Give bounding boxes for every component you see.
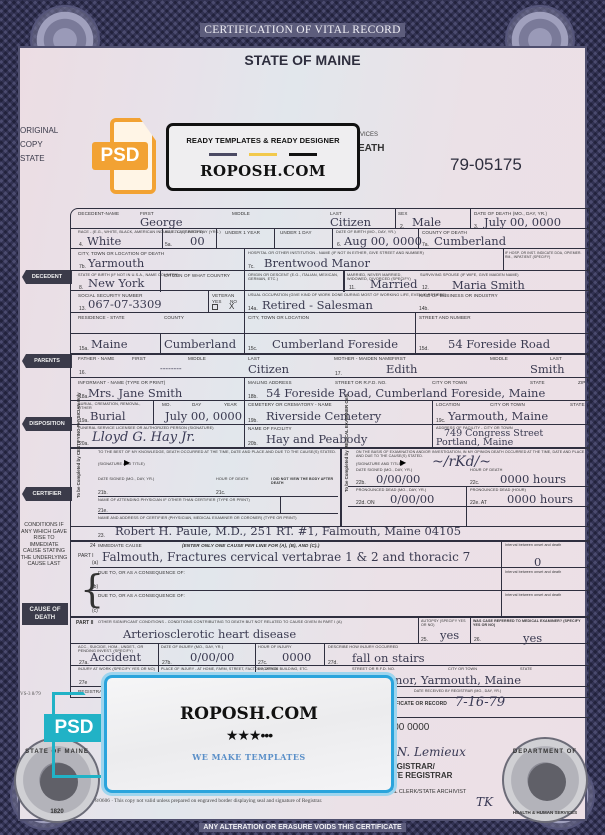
label-injury-at-work: INJURY AT WORK (Specify Yes or No) [78, 667, 155, 671]
label-origin: ORIGIN OR DESCENT (e.g., Italian, Mexica… [248, 273, 340, 281]
label-interval-a: Interval between onset and death [505, 543, 561, 547]
label-loc-city: CITY OR TOWN [448, 667, 477, 671]
immediate-cause: Falmouth, Fractures cervical vertabrae 1… [102, 550, 470, 564]
label-date-received: DATE RECEIVED BY REGISTRAR (Mo., Day, Yr… [414, 689, 501, 693]
label-disp-year: YEAR [224, 402, 237, 407]
funeral-director-signature: Lloyd G. Hay Jr. [92, 430, 195, 445]
other-conditions: Arteriosclerotic heart disease [123, 627, 296, 641]
injury-hour: 0000 [282, 650, 311, 664]
examiner-date-signed: 0/00/00 [376, 472, 420, 486]
certificate-number: 79-05175 [450, 155, 522, 175]
autopsy-value: yes [440, 628, 459, 642]
watermark-banner-bottom: ROPOSH.COM ★★★••• WE MAKE TEMPLATES [104, 675, 394, 793]
label-informant-state: STATE [530, 380, 545, 385]
label-disp-day: DAY [192, 402, 201, 407]
alteration-warning: ANY ALTERATION OR ERASURE VOIDS THIS CER… [0, 824, 605, 831]
label-referred-examiner: WAS CASE REFERRED TO MEDICAL EXAMINER? (… [473, 619, 588, 627]
date-of-birth: Aug 00, 0000 [344, 234, 422, 248]
label-father-first: FIRST [132, 356, 146, 361]
decedent-race: White [87, 234, 121, 248]
label-interval-c: Interval between onset and death [505, 593, 561, 597]
label-sex: SEX [398, 211, 408, 216]
dept-health-human-services-seal-icon: DEPARTMENT OF HEALTH & HUMAN SERVICES [502, 737, 588, 823]
mother-last-name: Smith [530, 362, 565, 376]
label-facility: NAME OF FACILITY [248, 426, 292, 431]
label-occupation: USUAL OCCUPATION (Give kind of work done… [248, 293, 447, 297]
label-part2: PART II [76, 620, 93, 626]
label-hospital: HOSPITAL OR OTHER INSTITUTION - Name (if… [248, 251, 424, 255]
tab-certifier: CERTIFIER [22, 487, 72, 501]
conditions-note: CONDITIONS IF ANY WHICH GAVE RISE TO IMM… [20, 522, 68, 568]
psd-file-icon: PSD [92, 116, 160, 196]
label-signature-title: (Signature and Title) [98, 462, 145, 466]
facility-address-line2: Portland, Maine [436, 437, 513, 448]
death-partial: EATH [358, 143, 384, 154]
date-of-death: July 00, 0000 [484, 215, 561, 229]
label-veteran: VETERAN [212, 293, 234, 298]
injury-description: fall on stairs [352, 651, 425, 665]
label-county: COUNTY [164, 315, 184, 320]
hospital-name: Brentwood Manor [264, 256, 370, 270]
label-date-signed: DATE SIGNED (Mo., Day, Yr.) [98, 477, 154, 481]
label-injury-date: DATE OF INJURY (Mo., Day, Yr.) [161, 645, 223, 649]
residence-county: Cumberland [164, 337, 236, 351]
pronounced-date: 0/00/00 [390, 492, 434, 506]
label-did-not-view: I DID NOT VIEW THE BODY AFTER DEATH [271, 477, 337, 485]
residence-street: 54 Foreside Road [448, 337, 550, 351]
father-last-name: Citizen [248, 362, 289, 376]
marital-status: Married [370, 277, 417, 291]
residence-city: Cumberland Foreside [272, 337, 398, 351]
veteran-no-checkbox[interactable]: X [229, 302, 234, 311]
label-mother-first: FIRST [392, 356, 406, 361]
informant-address: 54 Foreside Road, Cumberland Foreside, M… [266, 386, 545, 400]
rating-stars-icon: ★★★••• [107, 727, 391, 744]
birth-state: New York [88, 276, 144, 290]
physician-only-note: To be Completed by CERTIFYING PHYSICIAN … [76, 392, 81, 498]
decedent-sex: Male [412, 215, 441, 229]
facility-name: Hay and Peabody [266, 432, 367, 446]
label-middle: MIDDLE [232, 211, 250, 216]
manner-of-death: Accident [90, 650, 141, 664]
informant-name: Mrs. Jane Smith [88, 386, 182, 400]
label-informant-city: CITY OR TOWN [432, 380, 467, 385]
label-hour-of-death: HOUR OF DEATH [216, 477, 248, 481]
label-location: LOCATION [436, 402, 460, 407]
label-mailing-address: MAILING ADDRESS [248, 380, 292, 385]
physician-statement: To the best of my knowledge, death occur… [98, 450, 336, 454]
watermark-banner-top: READY TEMPLATES & READY DESIGNER ROPOSH.… [166, 123, 360, 191]
arrow-right-icon: ▶ [124, 458, 130, 467]
cause-instruction: (ENTER ONLY ONE CAUSE PER LINE FOR (a), … [182, 543, 320, 548]
pronounced-hour: 0000 hours [507, 492, 573, 506]
interval-a: 0 [534, 555, 541, 569]
mother-first-name: Edith [386, 362, 417, 376]
state-title: STATE OF MAINE [0, 52, 605, 68]
surviving-spouse: Maria Smith [452, 278, 525, 292]
label-street: STREET AND NUMBER [419, 315, 471, 320]
copy-labels: ORIGINAL COPY STATE [20, 124, 58, 166]
arrow-right-icon: ▶ [400, 458, 406, 467]
label-under-1-year: UNDER 1 YEAR [225, 230, 260, 235]
label-loc-street: STREET OR R.F.D. No. [352, 667, 395, 671]
label-decedent-name: DECEDENT-NAME [78, 211, 119, 216]
label-examiner-signature: (Signature and Title) [356, 462, 403, 466]
label-informant: INFORMANT - NAME (Type or Print) [78, 380, 165, 385]
label-interval-b: Interval between onset and death [505, 570, 561, 574]
certification-title: CERTIFICATION OF VITAL RECORD [0, 24, 605, 36]
social-security-number: 067-07-3309 [88, 297, 162, 311]
tab-cause-of-death: CAUSE OF DEATH [22, 603, 68, 625]
tab-parents: PARENTS [22, 354, 72, 368]
cemetery-name: Riverside Cemetery [266, 409, 381, 423]
referred-value: yes [523, 631, 542, 645]
label-autopsy: AUTOPSY (Specify Yes or No) [421, 619, 469, 627]
decedent-first-name: George [140, 215, 183, 229]
label-city: CITY, TOWN OR LOCATION [248, 315, 309, 320]
label-doa: IF HOSP. OR INST. Indicate DOA, OP/Emer.… [505, 251, 589, 259]
label-injury-location: LOCATION [258, 667, 278, 671]
label-immediate-cause: IMMEDIATE CAUSE [98, 543, 142, 548]
date-received-handwritten: 7-16-79 [455, 695, 505, 710]
residence-state: Maine [91, 337, 128, 351]
examiner-hour-of-death: 0000 hours [500, 472, 566, 486]
cemetery-location: Yarmouth, Maine [448, 409, 548, 423]
label-due-to-b: DUE TO, OR AS A CONSEQUENCE OF: [98, 570, 185, 575]
injury-location: nor, Yarmouth, Maine [395, 673, 521, 687]
tab-disposition: DISPOSITION [22, 417, 72, 431]
psd-file-icon-teal: PSD [48, 690, 106, 780]
label-under-1-day: UNDER 1 DAY [280, 230, 312, 235]
label-mother-last: LAST [550, 356, 562, 361]
label-informant-street: STREET OR R.F.D. NO. [335, 380, 387, 385]
label-business: KIND OF BUSINESS OR INDUSTRY [419, 293, 498, 298]
label-loc-state: STATE [520, 667, 532, 671]
injury-date: 0/00/00 [190, 650, 234, 664]
brace-icon: { [80, 570, 104, 608]
label-citizen-of: CITIZEN OF WHAT COUNTRY [164, 273, 230, 278]
label-disp-month: MO. [162, 402, 171, 407]
occupation: Retired - Salesman [262, 298, 373, 312]
label-part1: PART I [78, 553, 94, 559]
label-cemetery: CEMETERY OR CREMATORY - NAME [248, 402, 332, 407]
label-attending-physician: NAME OF ATTENDING PHYSICIAN IF OTHER THA… [98, 498, 250, 502]
certifier-name-address: Robert H. Paule, M.D., 251 RT. #1, Falmo… [115, 524, 461, 538]
label-residence-state: RESIDENCE - STATE [78, 315, 125, 320]
label-location-city: CITY OR TOWN [490, 402, 525, 407]
services-partial: VICES [360, 132, 378, 138]
form-code: VS-3 8/79 [20, 692, 41, 697]
label-examiner-hour: HOUR OF DEATH [470, 468, 502, 472]
label-certifier: NAME AND ADDRESS OF CERTIFIER (PHYSICIAN… [98, 516, 297, 520]
label-informant-zip: ZIP [578, 380, 585, 385]
decedent-last-name: Citizen [330, 215, 371, 229]
veteran-yes-checkbox[interactable] [212, 304, 218, 310]
label-place-of-injury: PLACE OF INJURY - At home, farm, street,… [161, 667, 308, 671]
label-father-last: LAST [248, 356, 260, 361]
label-injury-description: DESCRIBE HOW INJURY OCCURRED [328, 645, 398, 649]
label-mother-middle: MIDDLE [490, 356, 508, 361]
label-injury-hour: HOUR OF INJURY [258, 645, 292, 649]
label-father: FATHER - NAME [78, 356, 114, 361]
label-due-to-c: DUE TO, OR AS A CONSEQUENCE OF: [98, 593, 185, 598]
examiner-only-note: To be Completed by MEDICAL EXAMINER Only [344, 394, 349, 492]
label-spouse: SURVIVING SPOUSE (If wife, give maiden n… [420, 273, 519, 277]
initials: TK [476, 795, 493, 809]
county-of-death: Cumberland [434, 234, 506, 248]
city-of-death: Yarmouth [88, 256, 144, 270]
disposition-date: July 00, 0000 [165, 409, 242, 423]
label-other-conditions: OTHER SIGNIFICANT CONDITIONS - Condition… [98, 620, 342, 624]
label-father-middle: MIDDLE [188, 356, 206, 361]
decedent-age: 00 [190, 234, 205, 248]
label-location-state: STATE [570, 402, 585, 407]
tab-decedent: DECEDENT [22, 270, 72, 284]
validity-note: VS-31 8/0606 · This copy not valid unles… [80, 798, 322, 804]
label-mother: MOTHER - MAIDEN NAME [334, 356, 392, 361]
father-first-name: -------- [160, 364, 182, 373]
disposition-method: Burial [90, 409, 126, 423]
